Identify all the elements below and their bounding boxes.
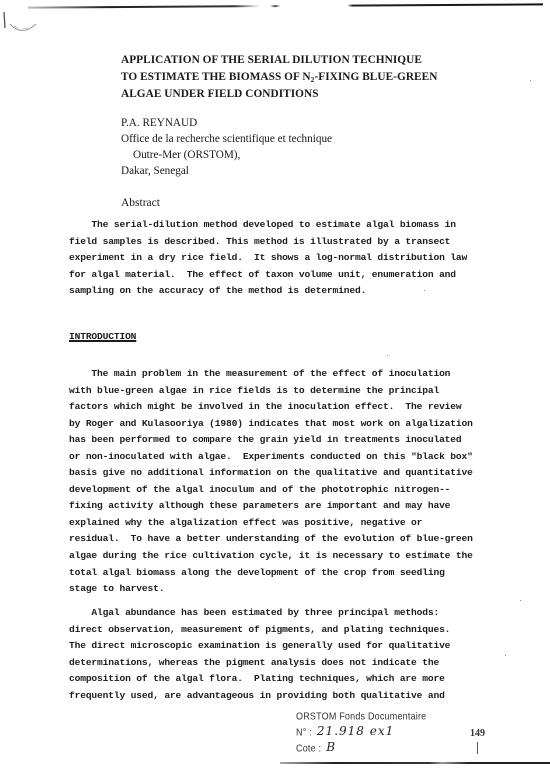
stamp-number-value: 21.918 ex1 (317, 724, 394, 738)
text-line: factors which might be involved in the i… (69, 399, 509, 416)
scan-artifact-mark (2, 10, 47, 40)
text-line: composition of the algal flora. Plating … (69, 671, 509, 688)
text-line: residual. To have a better understanding… (69, 531, 509, 548)
text-line: The main problem in the measurement of t… (69, 366, 509, 383)
stamp-header: ORSTOM Fonds Documentaire (296, 708, 426, 725)
author-block: P.A. REYNAUD Office de la recherche scie… (121, 115, 421, 179)
author-location: Dakar, Senegal (121, 163, 421, 179)
scan-speck (520, 600, 521, 601)
title-line-2-post: -FIXING BLUE-GREEN (314, 71, 437, 83)
text-line: frequently used, are advantageous in pro… (69, 688, 509, 705)
text-line: fixing activity although these parameter… (69, 498, 509, 515)
text-line: explained why the algalization effect wa… (69, 515, 509, 532)
text-line: The direct microscopic examination is ge… (69, 638, 509, 655)
page-number: 149 (470, 728, 485, 739)
introduction-paragraph-1: The main problem in the measurement of t… (69, 366, 509, 598)
text-line: with blue-green algae in rice fields is … (69, 383, 509, 400)
text-line: algae during the rice cultivation cycle,… (69, 548, 509, 565)
scan-speck (530, 80, 531, 81)
page-number-tick (477, 742, 478, 754)
text-line: determinations, whereas the pigment anal… (69, 655, 509, 672)
archive-stamp: ORSTOM Fonds Documentaire N° : 21.918 ex… (296, 709, 496, 756)
author-affiliation-1: Office de la recherche scientifique et t… (121, 131, 421, 147)
title-line-1: APPLICATION OF THE SERIAL DILUTION TECHN… (121, 52, 481, 69)
introduction-heading: INTRODUCTION (69, 331, 136, 342)
stamp-cote-value: B (326, 740, 336, 754)
scan-speck (387, 355, 388, 356)
title-line-3: ALGAE UNDER FIELD CONDITIONS (121, 86, 481, 103)
abstract-line: experiment in a dry rice field. It shows… (69, 250, 489, 267)
abstract-line: for algal material. The effect of taxon … (69, 267, 489, 284)
paper-title: APPLICATION OF THE SERIAL DILUTION TECHN… (121, 52, 481, 103)
text-line: development of the algal inoculum and of… (69, 482, 509, 499)
title-line-2: TO ESTIMATE THE BIOMASS OF N2-FIXING BLU… (121, 69, 481, 86)
text-line: total algal biomass along the developmen… (69, 565, 509, 582)
top-scan-rule (28, 3, 543, 8)
text-line: by Roger and Kulasooriya (1980) indicate… (69, 416, 509, 433)
abstract-line: sampling on the accuracy of the method i… (69, 283, 489, 300)
text-line: basis give no additional information on … (69, 465, 509, 482)
bottom-scan-rule (280, 762, 550, 764)
abstract-body: The serial-dilution method developed to … (69, 217, 489, 300)
text-line: or non-inoculated with algae. Experiment… (69, 449, 509, 466)
stamp-cote-label: Cote : (296, 740, 321, 757)
text-line: direct observation, measurement of pigme… (69, 622, 509, 639)
introduction-paragraph-2: Algal abundance has been estimated by th… (69, 605, 509, 704)
abstract-line: The serial-dilution method developed to … (69, 217, 489, 234)
text-line: has been performed to compare the grain … (69, 432, 509, 449)
abstract-line: field samples is described. This method … (69, 234, 489, 251)
stamp-number-label: N° : (296, 724, 312, 741)
author-affiliation-2: Outre-Mer (ORSTOM), (121, 147, 421, 163)
text-line: Algal abundance has been estimated by th… (69, 605, 509, 622)
scan-speck (424, 290, 425, 291)
scan-speck (505, 655, 506, 656)
author-name: P.A. REYNAUD (121, 115, 421, 131)
text-line: stage to harvest. (69, 581, 509, 598)
abstract-heading: Abstract (121, 197, 160, 209)
title-line-2-pre: TO ESTIMATE THE BIOMASS OF N (121, 71, 311, 83)
